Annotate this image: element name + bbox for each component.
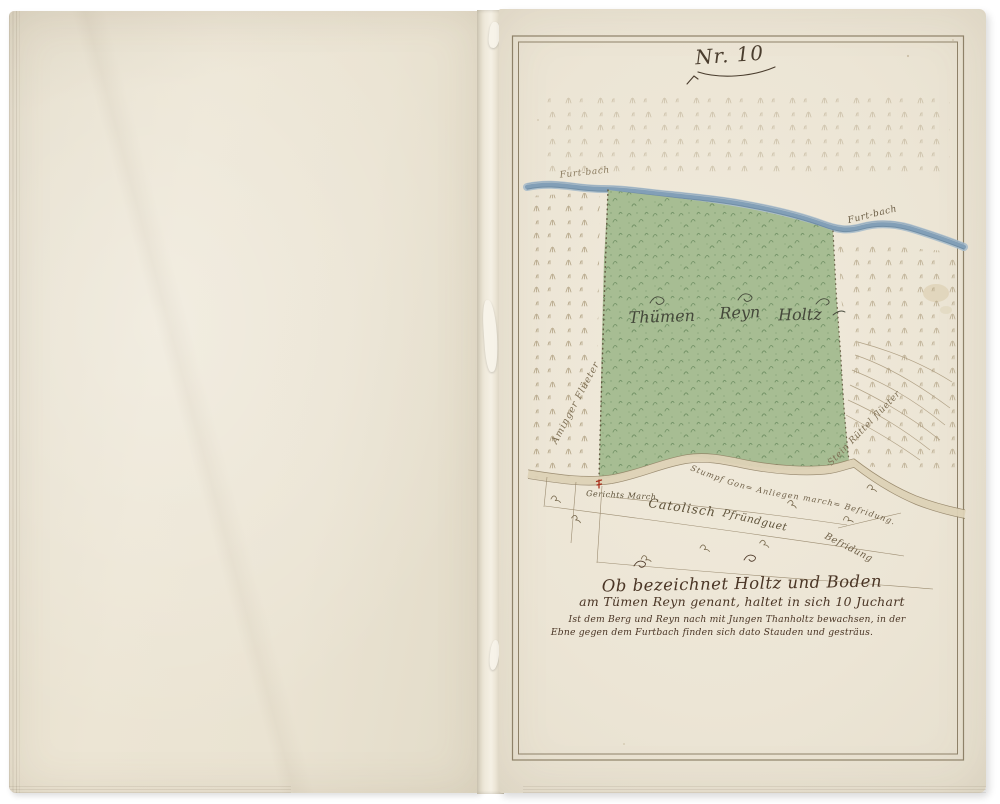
left-page bbox=[9, 11, 479, 793]
right-page bbox=[499, 9, 986, 793]
book-spread: Nr. 10 Furt-bach Furt-bach Thümen Reyn H… bbox=[0, 0, 1000, 804]
